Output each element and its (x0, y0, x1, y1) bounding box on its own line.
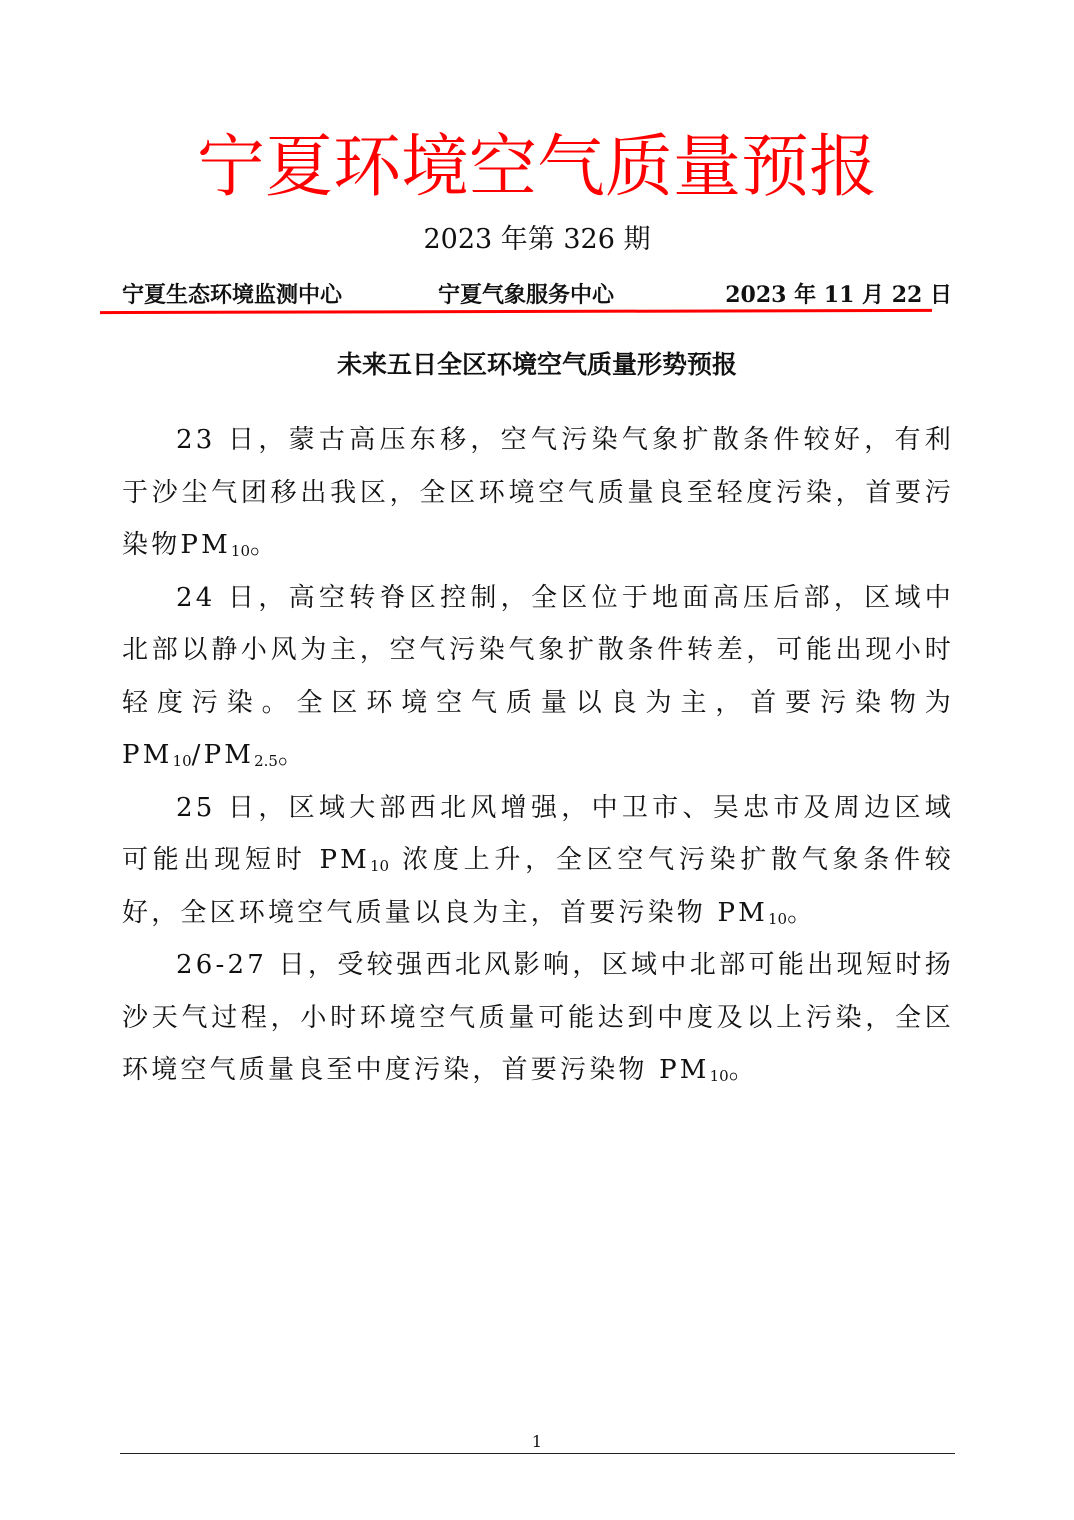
subscript: 10 (370, 857, 389, 875)
subscript: 10 (231, 542, 250, 560)
subscript: 10 (768, 910, 787, 928)
subscript: 10 (173, 752, 192, 770)
forecast-paragraph-day-25: 25 日，区域大部西北风增强，中卫市、吴忠市及周边区域可能出现短时 PM10 浓… (122, 782, 954, 940)
issuer-row: 宁夏生态环境监测中心 宁夏气象服务中心 2023 年 11 月 22 日 (122, 278, 952, 312)
section-title: 未来五日全区环境空气质量形势预报 (0, 345, 1074, 385)
document-page: 宁夏环境空气质量预报 2023 年第 326 期 宁夏生态环境监测中心 宁夏气象… (0, 0, 1074, 1520)
issuer-meteorological-service-center: 宁夏气象服务中心 (438, 278, 614, 312)
issuer-environment-monitoring-center: 宁夏生态环境监测中心 (122, 278, 342, 312)
subscript: 2.5 (254, 752, 278, 770)
issue-number: 2023 年第 326 期 (0, 220, 1074, 260)
paragraph-text: 。 (250, 530, 279, 560)
paragraph-text: 26-27 日，受较强西北风影响，区域中北部可能出现短时扬沙天气过程，小时环境空… (122, 950, 954, 1085)
paragraph-text: /PM (192, 740, 254, 770)
paragraph-text: 。 (729, 1055, 758, 1085)
forecast-body: 23 日，蒙古高压东移，空气污染气象扩散条件较好，有利于沙尘气团移出我区，全区环… (122, 414, 954, 1097)
issue-date: 2023 年 11 月 22 日 (725, 278, 952, 312)
paragraph-text: 23 日，蒙古高压东移，空气污染气象扩散条件较好，有利于沙尘气团移出我区，全区环… (122, 425, 954, 560)
forecast-paragraph-day-24: 24 日，高空转脊区控制，全区位于地面高压后部，区域中北部以静小风为主，空气污染… (122, 572, 954, 782)
forecast-paragraph-day-26-27: 26-27 日，受较强西北风影响，区域中北部可能出现短时扬沙天气过程，小时环境空… (122, 939, 954, 1097)
page-number: 1 (0, 1432, 1074, 1452)
paragraph-text: 。 (278, 740, 307, 770)
paragraph-text: 。 (787, 898, 816, 928)
report-title: 宁夏环境空气质量预报 (0, 128, 1074, 208)
footer-divider (120, 1453, 955, 1454)
forecast-paragraph-day-23: 23 日，蒙古高压东移，空气污染气象扩散条件较好，有利于沙尘气团移出我区，全区环… (122, 414, 954, 572)
subscript: 10 (710, 1067, 729, 1085)
